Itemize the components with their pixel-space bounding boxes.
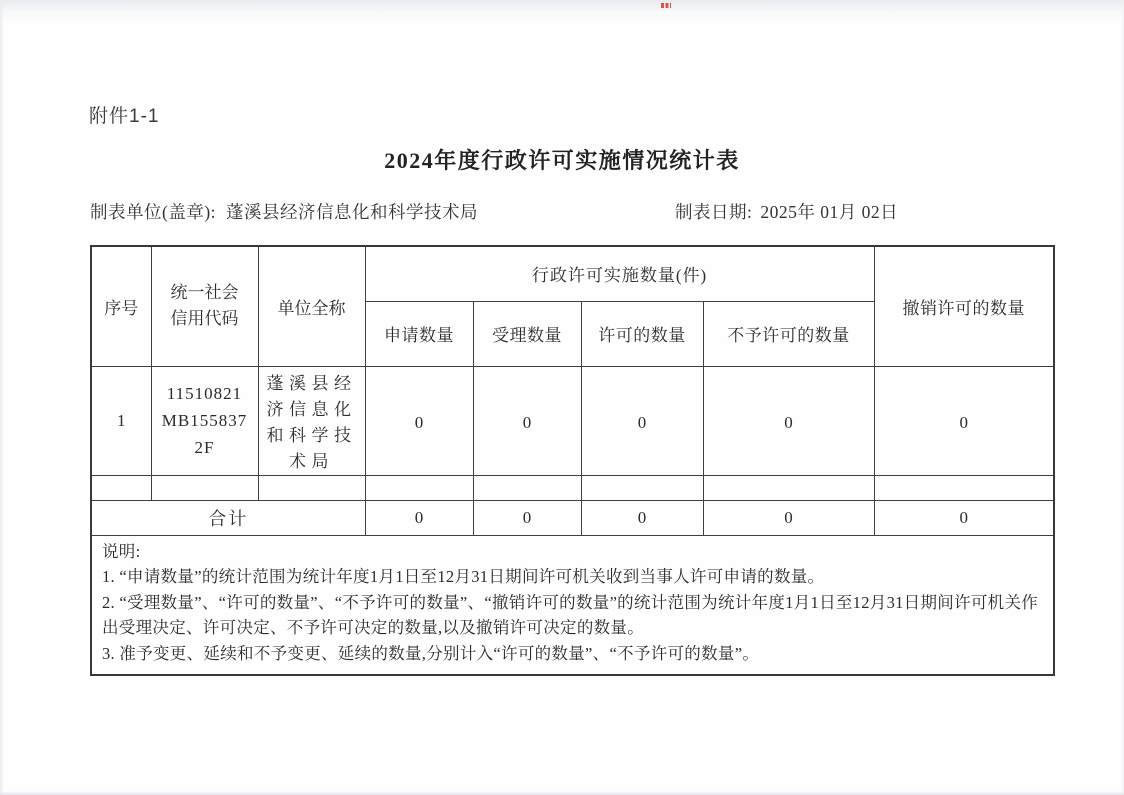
cell-denied: 0	[703, 366, 874, 475]
statistics-table: 序号 统一社会信用代码 单位全称 行政许可实施数量(件) 撤销许可的数量 申请数…	[90, 245, 1055, 676]
date-value: 2025年 01月 02日	[760, 202, 898, 222]
total-applied: 0	[365, 500, 473, 535]
empty-row	[91, 475, 1054, 500]
header-granted: 许可的数量	[581, 301, 703, 366]
total-granted: 0	[581, 500, 703, 535]
header-denied: 不予许可的数量	[703, 301, 874, 366]
cell-unit-name: 蓬溪县经济信息化和科学技术局	[258, 366, 365, 475]
red-scan-mark	[661, 3, 671, 8]
note-1: 1. “申请数量”的统计范围为统计年度1月1日至12月31日期间许可机关收到当事…	[102, 564, 1043, 590]
cell-revoked: 0	[874, 366, 1054, 475]
header-accepted: 受理数量	[473, 301, 581, 366]
total-label: 合计	[91, 500, 365, 535]
empty-cell	[473, 475, 581, 500]
header-applied: 申请数量	[365, 301, 473, 366]
cell-seq: 1	[91, 366, 151, 475]
empty-cell	[91, 475, 151, 500]
empty-cell	[365, 475, 473, 500]
page-title: 2024年度行政许可实施情况统计表	[0, 144, 1124, 175]
header-credit-code: 统一社会信用代码	[151, 246, 258, 366]
scan-left-edge	[0, 0, 4, 795]
date-line: 制表日期:2025年 01月 02日	[675, 199, 898, 224]
notes-row: 说明: 1. “申请数量”的统计范围为统计年度1月1日至12月31日期间许可机关…	[91, 535, 1054, 675]
note-2: 2. “受理数量”、“许可的数量”、“不予许可的数量”、“撤销许可的数量”的统计…	[102, 590, 1043, 641]
cell-granted: 0	[581, 366, 703, 475]
empty-cell	[581, 475, 703, 500]
header-impl-group: 行政许可实施数量(件)	[365, 246, 874, 301]
date-label: 制表日期:	[675, 202, 752, 222]
header-row-group: 序号 统一社会信用代码 单位全称 行政许可实施数量(件) 撤销许可的数量	[91, 246, 1054, 301]
empty-cell	[703, 475, 874, 500]
total-accepted: 0	[473, 500, 581, 535]
cell-applied: 0	[365, 366, 473, 475]
empty-cell	[258, 475, 365, 500]
prepared-by-line: 制表单位(盖章):蓬溪县经济信息化和科学技术局	[90, 199, 478, 224]
total-row: 合计 0 0 0 0 0	[91, 500, 1054, 535]
cell-credit-code: 11510821MB1558372F	[151, 366, 258, 475]
note-3: 3. 准予变更、延续和不予变更、延续的数量,分别计入“许可的数量”、“不予许可的…	[102, 641, 1043, 667]
scanned-document-page: 附件1-1 2024年度行政许可实施情况统计表 制表单位(盖章):蓬溪县经济信息…	[0, 0, 1124, 795]
scan-top-band	[0, 0, 1124, 26]
header-revoked: 撤销许可的数量	[874, 246, 1054, 366]
prepared-by-value: 蓬溪县经济信息化和科学技术局	[226, 202, 478, 222]
header-seq: 序号	[91, 246, 151, 366]
cell-accepted: 0	[473, 366, 581, 475]
scan-bottom-edge	[0, 791, 1124, 795]
table-row: 1 11510821MB1558372F 蓬溪县经济信息化和科学技术局 0 0 …	[91, 366, 1054, 475]
attachment-label: 附件1-1	[89, 101, 159, 128]
empty-cell	[151, 475, 258, 500]
header-unit-name: 单位全称	[258, 246, 365, 366]
total-revoked: 0	[874, 500, 1054, 535]
total-denied: 0	[703, 500, 874, 535]
notes-heading: 说明:	[102, 539, 1043, 565]
prepared-by-label: 制表单位(盖章):	[90, 202, 216, 222]
empty-cell	[874, 475, 1054, 500]
notes-cell: 说明: 1. “申请数量”的统计范围为统计年度1月1日至12月31日期间许可机关…	[91, 535, 1054, 675]
